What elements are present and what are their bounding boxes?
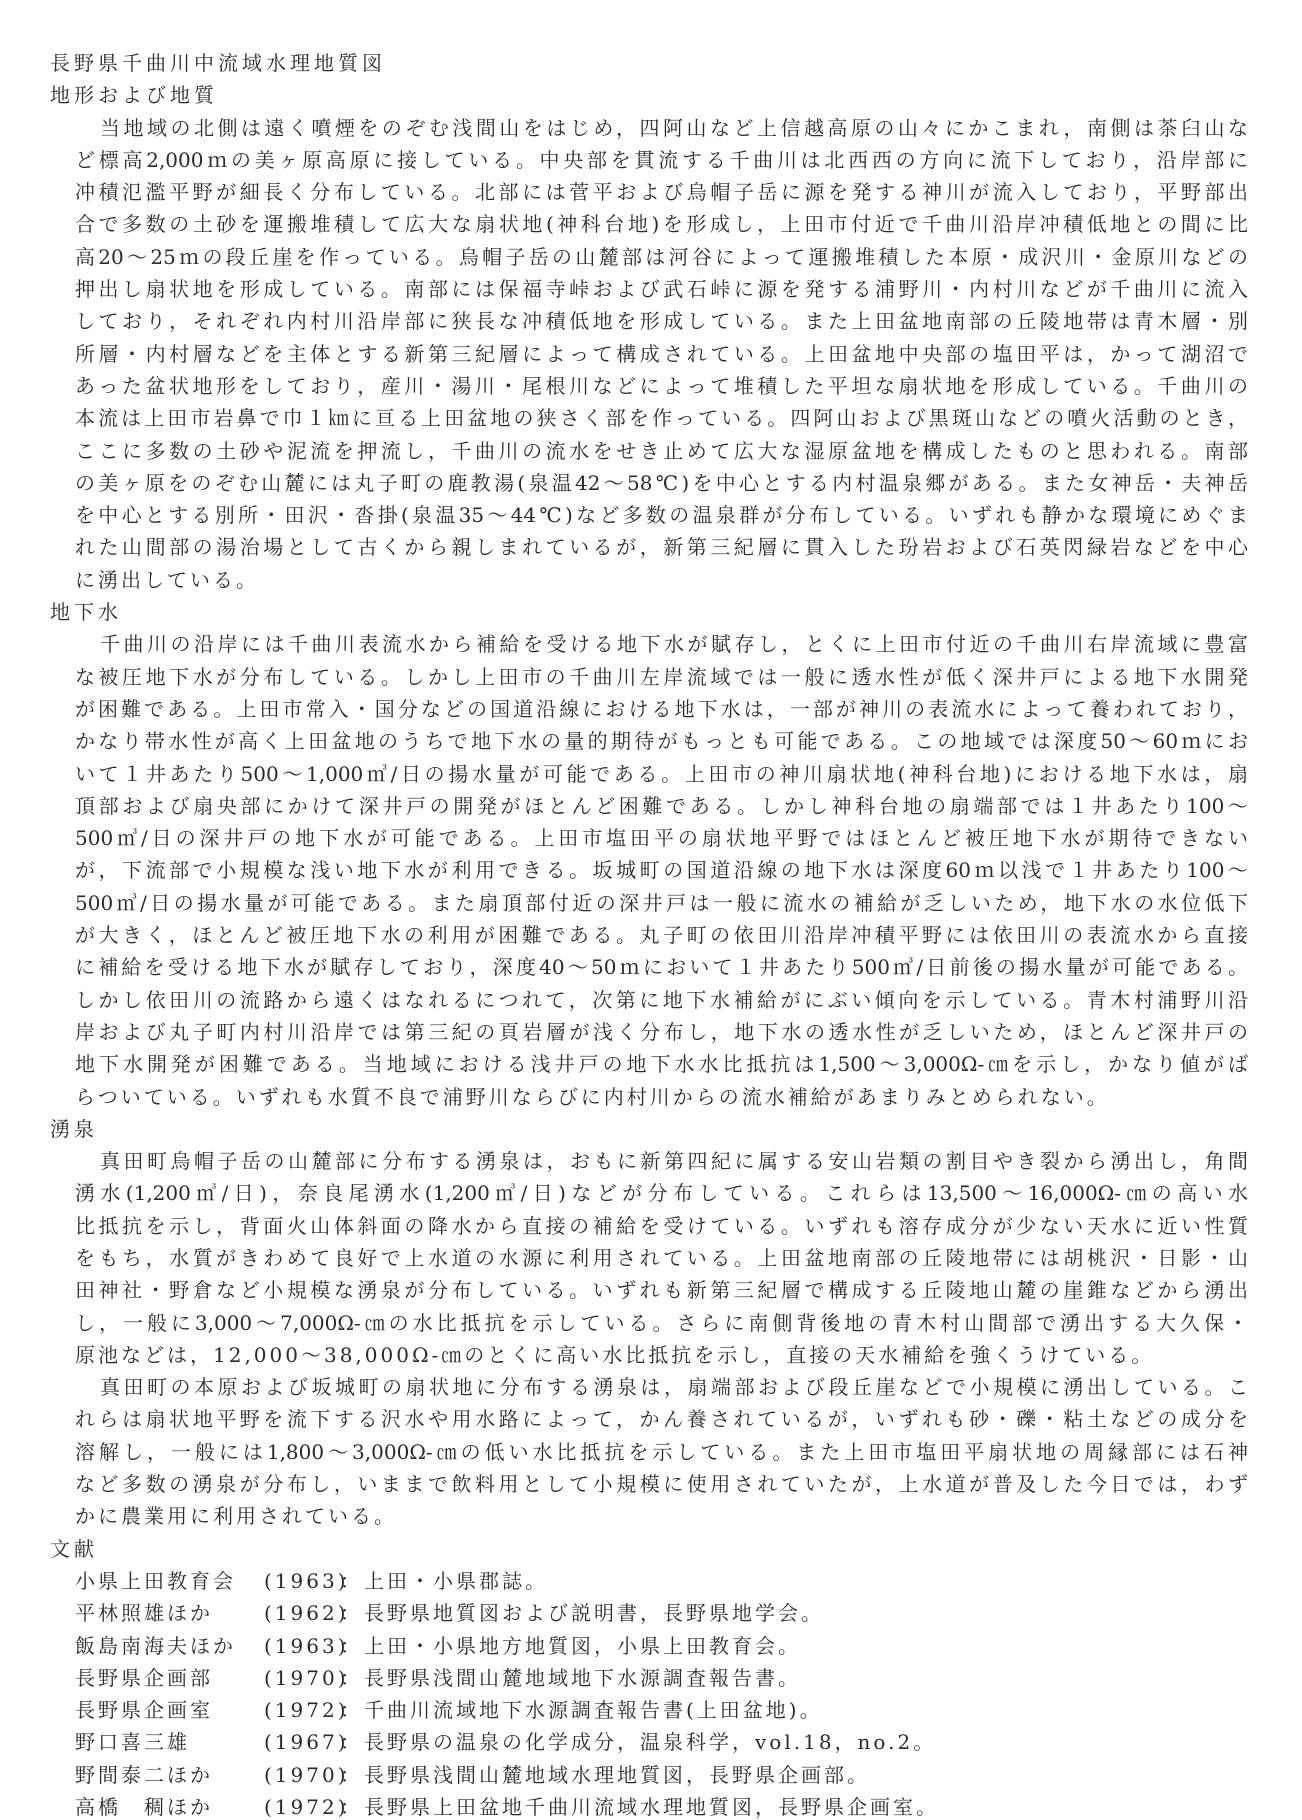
paragraph-line: 地下水開発が困難である。当地域における浅井戸の地下水水比抵抗は1,500～3,0… xyxy=(75,1048,1248,1080)
reference-year: (1972) xyxy=(264,1791,340,1820)
document-page: 長野県千曲川中流域水理地質図 地形および地質 当地域の北側は遠く噴煙をのぞむ浅間… xyxy=(0,47,1302,1820)
reference-colon: ： xyxy=(340,1597,364,1629)
reference-item: 小県上田教育会 (1963) ： 上田・小県郡誌。 xyxy=(0,1565,1302,1597)
paragraph-line: が困難である。上田市常入・国分などの国道沿線における地下水は，一部が神川の表流水… xyxy=(75,693,1248,725)
reference-colon: ： xyxy=(340,1726,364,1758)
reference-item: 野間泰二ほか (1970) ： 長野県浅間山麓地域水理地質図，長野県企画部。 xyxy=(0,1759,1302,1791)
paragraph-line: 岸および丸子町内村川沿岸では第三紀の頁岩層が浅く分布し，地下水の透水性が乏しいた… xyxy=(75,1016,1248,1048)
reference-title: 千曲川流域地下水源調査報告書(上田盆地)。 xyxy=(364,1694,823,1726)
paragraph-line: 本流は上田市岩鼻で巾１㎞に亘る上田盆地の狭さく部を作っている。四阿山および黒斑山… xyxy=(75,402,1248,434)
reference-author: 小県上田教育会 xyxy=(75,1565,264,1597)
section-heading: 地形および地質 xyxy=(0,79,1302,111)
reference-colon: ： xyxy=(340,1694,364,1726)
paragraph-line: かに農業用に利用されている。 xyxy=(75,1500,1248,1532)
paragraph-line: かなり帯水性が高く上田盆地のうちで地下水の量的期待がもっとも可能である。この地域… xyxy=(75,725,1248,757)
paragraph-line: な被圧地下水が分布している。しかし上田市の千曲川左岸流域では一般に透水性が低く深… xyxy=(75,661,1248,693)
reference-colon: ： xyxy=(340,1759,364,1791)
reference-colon: ： xyxy=(340,1662,364,1694)
paragraph: 真田町の本原および坂城町の扇状地に分布する湧泉は，扇端部および段丘崖などで小規模… xyxy=(0,1371,1302,1532)
paragraph-line: 湧水(1,200㎥/日)，奈良尾湧水(1,200㎥/日)などが分布している。これ… xyxy=(75,1177,1248,1209)
paragraph-line: 高20～25ｍの段丘崖を作っている。烏帽子岳の山麓部は河谷によって運搬堆積した本… xyxy=(75,241,1248,273)
paragraph: 当地域の北側は遠く噴煙をのぞむ浅間山をはじめ，四阿山など上信越高原の山々にかこま… xyxy=(0,112,1302,596)
reference-item: 長野県企画部 (1970) ： 長野県浅間山麓地域地下水源調査報告書。 xyxy=(0,1662,1302,1694)
paragraph-line: に湧出している。 xyxy=(75,564,1248,596)
paragraph: 真田町烏帽子岳の山麓部に分布する湧泉は，おもに新第四紀に属する安山岩類の割目やき… xyxy=(0,1145,1302,1371)
paragraph-line: 田神社・野倉など小規模な湧泉が分布している。いずれも新第三紀層で構成する丘陵地山… xyxy=(75,1274,1248,1306)
paragraph-line: が，下流部で小規模な浅い地下水が利用できる。坂城町の国道沿線の地下水は深度60ｍ… xyxy=(75,854,1248,886)
paragraph-line: をもち，水質がきわめて良好で上水道の水源に利用されている。上田盆地南部の丘陵地帯… xyxy=(75,1242,1248,1274)
reference-year: (1970) xyxy=(264,1662,340,1694)
reference-year: (1963) xyxy=(264,1565,340,1597)
reference-title: 上田・小県地方地質図，小県上田教育会。 xyxy=(364,1630,801,1662)
reference-item: 野口喜三雄 (1967) ： 長野県の温泉の化学成分，温泉科学，vol.18，n… xyxy=(0,1726,1302,1758)
paragraph-line: あった盆状地形をしており，産川・湯川・尾根川などによって堆積した平坦な扇状地を形… xyxy=(75,370,1248,402)
reference-title: 長野県の温泉の化学成分，温泉科学，vol.18，no.2。 xyxy=(364,1726,936,1758)
paragraph-line: 比抵抗を示し，背面火山体斜面の降水から直接の補給を受けている。いずれも溶存成分が… xyxy=(75,1210,1248,1242)
section-topography-geology: 地形および地質 当地域の北側は遠く噴煙をのぞむ浅間山をはじめ，四阿山など上信越高… xyxy=(0,79,1302,596)
paragraph-line: 真田町烏帽子岳の山麓部に分布する湧泉は，おもに新第四紀に属する安山岩類の割目やき… xyxy=(100,1145,1248,1177)
paragraph-line: れらは扇状地平野を流下する沢水や用水路によって，かん養されているが，いずれも砂・… xyxy=(75,1403,1248,1435)
section-references: 文献 小県上田教育会 (1963) ： 上田・小県郡誌。 平林照雄ほか (196… xyxy=(0,1533,1302,1820)
paragraph-line: が大きく，ほとんど被圧地下水の利用が困難である。丸子町の依田川沿岸冲積平野には依… xyxy=(75,919,1248,951)
paragraph-line: 千曲川の沿岸には千曲川表流水から補給を受ける地下水が賦存し，とくに上田市付近の千… xyxy=(100,628,1248,660)
paragraph-line: 当地域の北側は遠く噴煙をのぞむ浅間山をはじめ，四阿山など上信越高原の山々にかこま… xyxy=(100,112,1248,144)
reference-author: 飯島南海夫ほか xyxy=(75,1630,264,1662)
paragraph-line: し，一般に3,000～7,000Ω-㎝の水比抵抗を示している。さらに南側背後地の… xyxy=(75,1307,1248,1339)
reference-item: 平林照雄ほか (1962) ： 長野県地質図および説明書，長野県地学会。 xyxy=(0,1597,1302,1629)
reference-year: (1962) xyxy=(264,1597,340,1629)
reference-author: 長野県企画室 xyxy=(75,1694,264,1726)
reference-colon: ： xyxy=(340,1630,364,1662)
paragraph-line: など多数の湧泉が分布し，いままで飲料用として小規模に使用されていたが，上水道が普… xyxy=(75,1468,1248,1500)
paragraph-line: 合で多数の土砂を運搬堆積して広大な扇状地(神科台地)を形成し，上田市付近で千曲川… xyxy=(75,208,1248,240)
section-groundwater: 地下水 千曲川の沿岸には千曲川表流水から補給を受ける地下水が賦存し，とくに上田市… xyxy=(0,596,1302,1113)
reference-item: 飯島南海夫ほか (1963) ： 上田・小県地方地質図，小県上田教育会。 xyxy=(0,1630,1302,1662)
reference-title: 上田・小県郡誌。 xyxy=(364,1565,548,1597)
paragraph-line: 真田町の本原および坂城町の扇状地に分布する湧泉は，扇端部および段丘崖などで小規模… xyxy=(100,1371,1248,1403)
paragraph: 千曲川の沿岸には千曲川表流水から補給を受ける地下水が賦存し，とくに上田市付近の千… xyxy=(0,628,1302,1112)
section-heading: 地下水 xyxy=(0,596,1302,628)
paragraph-line: に補給を受ける地下水が賦存しており，深度40～50ｍにおいて１井あたり500㎥/… xyxy=(75,951,1248,983)
paragraph-line: らついている。いずれも水質不良で浦野川ならびに内村川からの流水補給があまりみとめ… xyxy=(75,1081,1248,1113)
reference-author: 長野県企画部 xyxy=(75,1662,264,1694)
paragraph-line: ど標高2,000ｍの美ヶ原高原に接している。中央部を貫流する千曲川は北西西の方向… xyxy=(75,144,1248,176)
reference-author: 平林照雄ほか xyxy=(75,1597,264,1629)
reference-title: 長野県地質図および説明書，長野県地学会。 xyxy=(364,1597,824,1629)
section-heading: 文献 xyxy=(0,1533,1302,1565)
reference-year: (1970) xyxy=(264,1759,340,1791)
section-springs: 湧泉 真田町烏帽子岳の山麓部に分布する湧泉は，おもに新第四紀に属する安山岩類の割… xyxy=(0,1113,1302,1533)
reference-author: 高橋 稠ほか xyxy=(75,1791,264,1820)
reference-item: 高橋 稠ほか (1972) ： 長野県上田盆地千曲川流域水理地質図，長野県企画室… xyxy=(0,1791,1302,1820)
reference-title: 長野県浅間山麓地域水理地質図，長野県企画部。 xyxy=(364,1759,870,1791)
paragraph-line: ここに多数の土砂や泥流を押流し，千曲川の流水をせき止めて広大な湿原盆地を構成した… xyxy=(75,435,1248,467)
paragraph-line: 500㎥/日の深井戸の地下水が可能である。上田市塩田平の扇状地平野ではほとんど被… xyxy=(75,822,1248,854)
paragraph-line: しかし依田川の流路から遠くはなれるにつれて，次第に地下水補給がにぶい傾向を示して… xyxy=(75,984,1248,1016)
paragraph-line: 所層・内村層などを主体とする新第三紀層によって構成されている。上田盆地中央部の塩… xyxy=(75,338,1248,370)
paragraph-line: れた山間部の湯治場として古くから親しまれているが，新第三紀層に貫入した玢岩および… xyxy=(75,531,1248,563)
reference-item: 長野県企画室 (1972) ： 千曲川流域地下水源調査報告書(上田盆地)。 xyxy=(0,1694,1302,1726)
document-title: 長野県千曲川中流域水理地質図 xyxy=(0,47,1302,79)
paragraph-line: しており，それぞれ内村川沿岸部に狭長な冲積低地を形成している。また上田盆地南部の… xyxy=(75,305,1248,337)
paragraph-line: の美ヶ原をのぞむ山麓には丸子町の鹿教湯(泉温42～58℃)を中心とする内村温泉郷… xyxy=(75,467,1248,499)
reference-list: 小県上田教育会 (1963) ： 上田・小県郡誌。 平林照雄ほか (1962) … xyxy=(0,1565,1302,1820)
reference-author: 野口喜三雄 xyxy=(75,1726,264,1758)
section-heading: 湧泉 xyxy=(0,1113,1302,1145)
reference-year: (1967) xyxy=(264,1726,340,1758)
paragraph-line: 押出し扇状地を形成している。南部には保福寺峠および武石峠に源を発する浦野川・内村… xyxy=(75,273,1248,305)
reference-year: (1972) xyxy=(264,1694,340,1726)
reference-author: 野間泰二ほか xyxy=(75,1759,264,1791)
reference-year: (1963) xyxy=(264,1630,340,1662)
paragraph-line: 原池などは，12,000～38,000Ω-㎝のとくに高い水比抵抗を示し，直接の天… xyxy=(75,1339,1248,1371)
paragraph-line: を中心とする別所・田沢・沓掛(泉温35～44℃)など多数の温泉群が分布している。… xyxy=(75,499,1248,531)
paragraph-line: 500㎥/日の揚水量が可能である。また扇頂部付近の深井戸は一般に流水の補給が乏し… xyxy=(75,887,1248,919)
reference-title: 長野県浅間山麓地域地下水源調査報告書。 xyxy=(364,1662,801,1694)
paragraph-line: いて１井あたり500～1,000㎥/日の揚水量が可能である。上田市の神川扇状地(… xyxy=(75,758,1248,790)
reference-colon: ： xyxy=(340,1565,364,1597)
paragraph-line: 冲積氾濫平野が細長く分布している。北部には菅平および烏帽子岳に源を発する神川が流… xyxy=(75,176,1248,208)
paragraph-line: 溶解し，一般には1,800～3,000Ω-㎝の低い水比抵抗を示している。また上田… xyxy=(75,1436,1248,1468)
reference-title: 長野県上田盆地千曲川流域水理地質図，長野県企画室。 xyxy=(364,1791,939,1820)
paragraph-line: 頂部および扇央部にかけて深井戸の開発がほとんど困難である。しかし神科台地の扇端部… xyxy=(75,790,1248,822)
reference-colon: ： xyxy=(340,1791,364,1820)
